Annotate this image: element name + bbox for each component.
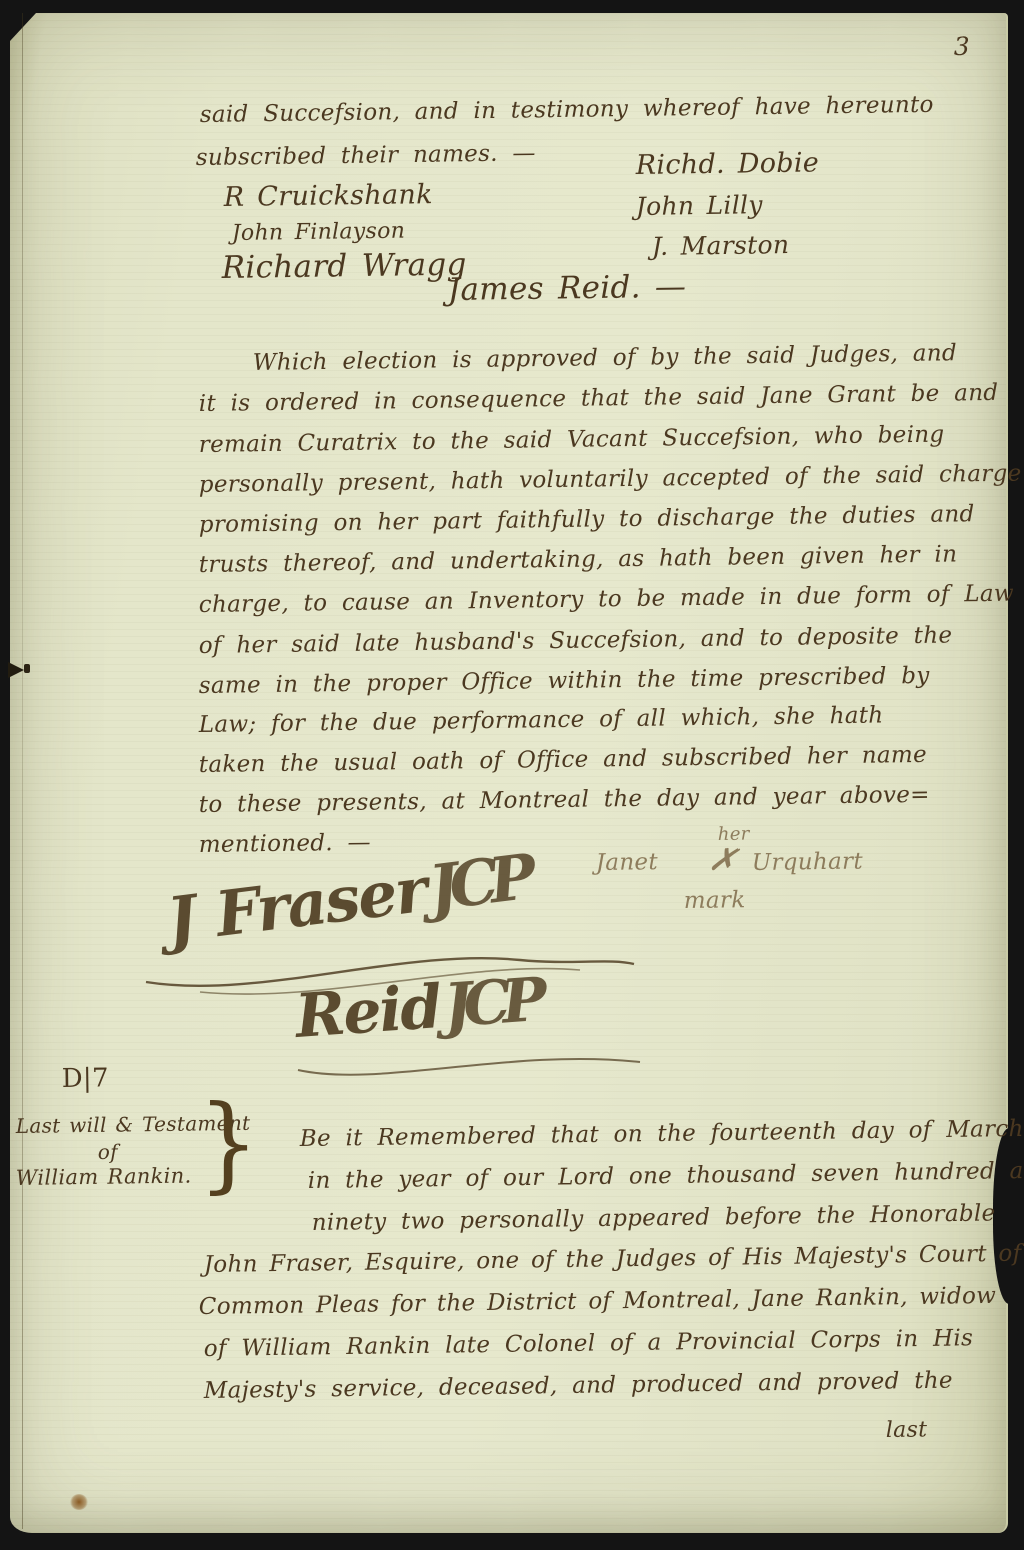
binding-tab xyxy=(8,662,24,678)
witness-signature-dobie: Richd. Dobie xyxy=(636,147,820,181)
page-edge-curve xyxy=(993,1128,1016,1304)
ink-stain xyxy=(70,1494,88,1510)
witness-signature-reid: James Reid. — xyxy=(447,269,686,308)
closing-clause-line: subscribed their names. — xyxy=(196,140,536,171)
her-mark-cross: ✗ xyxy=(706,838,740,882)
marker-name-janet: Janet xyxy=(596,849,658,876)
binding-hole xyxy=(24,664,30,673)
page-number: 3 xyxy=(954,32,971,61)
margin-note-brace: } xyxy=(198,1083,259,1204)
binding-crease xyxy=(22,13,23,1529)
her-mark-label-mark: mark xyxy=(684,887,746,914)
witness-signature-cruickshank: R Cruickshank xyxy=(224,179,433,213)
witness-signature-marston: J. Marston xyxy=(652,230,790,261)
witness-signature-finlayson: John Finlayson xyxy=(232,219,406,246)
decree-line: mentioned. — xyxy=(199,830,371,858)
photo-background: 3 said Succefsion, and in testimony wher… xyxy=(0,0,1024,1550)
docket-number: D|7 xyxy=(62,1063,109,1094)
page-corner-shadow xyxy=(10,13,36,41)
signature-suffix: JCP xyxy=(442,965,541,1041)
margin-note-of: of xyxy=(98,1140,118,1164)
signature-name: Reid xyxy=(293,972,442,1052)
catchword: last xyxy=(886,1417,928,1443)
marker-name-urquhart: Urquhart xyxy=(752,848,863,876)
margin-note-name: William Rankin. xyxy=(16,1164,192,1190)
signature-suffix: JCP xyxy=(425,840,531,924)
witness-signature-wragg: Richard Wragg xyxy=(221,247,466,286)
witness-signature-lilly: John Lilly xyxy=(636,190,763,221)
